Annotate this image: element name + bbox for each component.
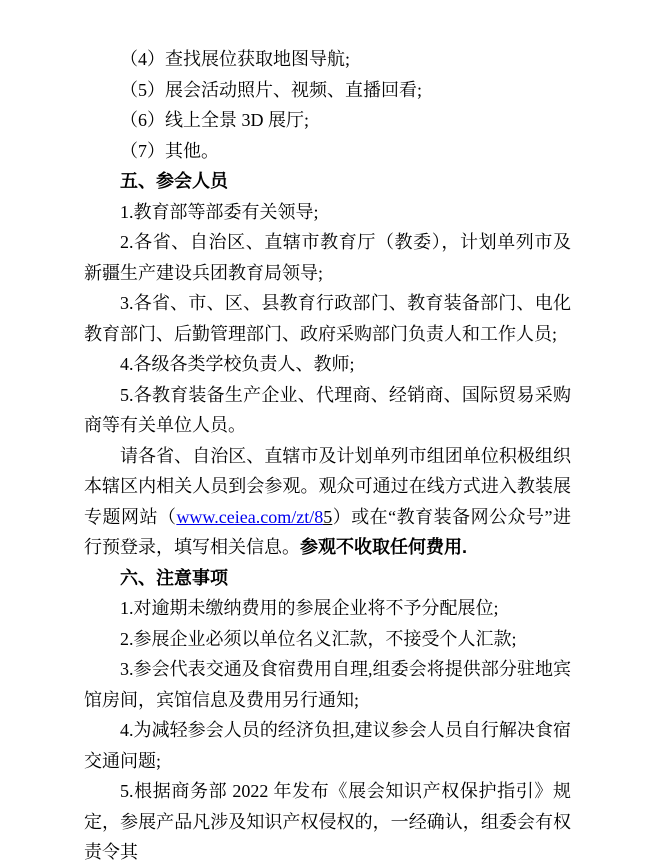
notes-item-2: 2.参展企业必须以单位名义汇款，不接受个人汇款; — [84, 624, 571, 655]
section-heading-attendees: 五、参会人员 — [84, 166, 571, 197]
attendees-item-1: 1.教育部等部委有关领导; — [84, 197, 571, 228]
no-fee-note: 参观不收取任何费用. — [300, 537, 467, 557]
list-item-5: （5）展会活动照片、视频、直播回看; — [84, 75, 571, 106]
exhibition-website-link[interactable]: www.ceiea.com/zt/8 — [176, 507, 323, 527]
attendees-item-5: 5.各教育装备生产企业、代理商、经销商、国际贸易采购商等有关单位人员。 — [84, 380, 571, 441]
website-url: www.ceiea.com/zt/85 — [176, 507, 332, 527]
visitor-info-paragraph: 请各省、自治区、直辖市及计划单列市组团单位积极组织本辖区内相关人员到会参观。观众… — [84, 441, 571, 563]
notes-item-4: 4.为减轻参会人员的经济负担,建议参会人员自行解决食宿交通问题; — [84, 715, 571, 776]
attendees-item-4: 4.各级各类学校负责人、教师; — [84, 349, 571, 380]
section-heading-notes: 六、注意事项 — [84, 563, 571, 594]
notes-item-3: 3.参会代表交通及食宿费用自理,组委会将提供部分驻地宾馆房间，宾馆信息及费用另行… — [84, 654, 571, 715]
list-item-7: （7）其他。 — [84, 136, 571, 167]
notes-item-5: 5.根据商务部 2022 年发布《展会知识产权保护指引》规定，参展产品凡涉及知识… — [84, 776, 571, 865]
attendees-item-2: 2.各省、自治区、直辖市教育厅（教委），计划单列市及新疆生产建设兵团教育局领导; — [84, 227, 571, 288]
list-item-4: （4）查找展位获取地图导航; — [84, 44, 571, 75]
website-url-suffix: 5 — [323, 507, 332, 527]
document-page: （4）查找展位获取地图导航; （5）展会活动照片、视频、直播回看; （6）线上全… — [0, 0, 655, 865]
attendees-item-3: 3.各省、市、区、县教育行政部门、教育装备部门、电化教育部门、后勤管理部门、政府… — [84, 288, 571, 349]
notes-item-1: 1.对逾期未缴纳费用的参展企业将不予分配展位; — [84, 593, 571, 624]
list-item-6: （6）线上全景 3D 展厅; — [84, 105, 571, 136]
